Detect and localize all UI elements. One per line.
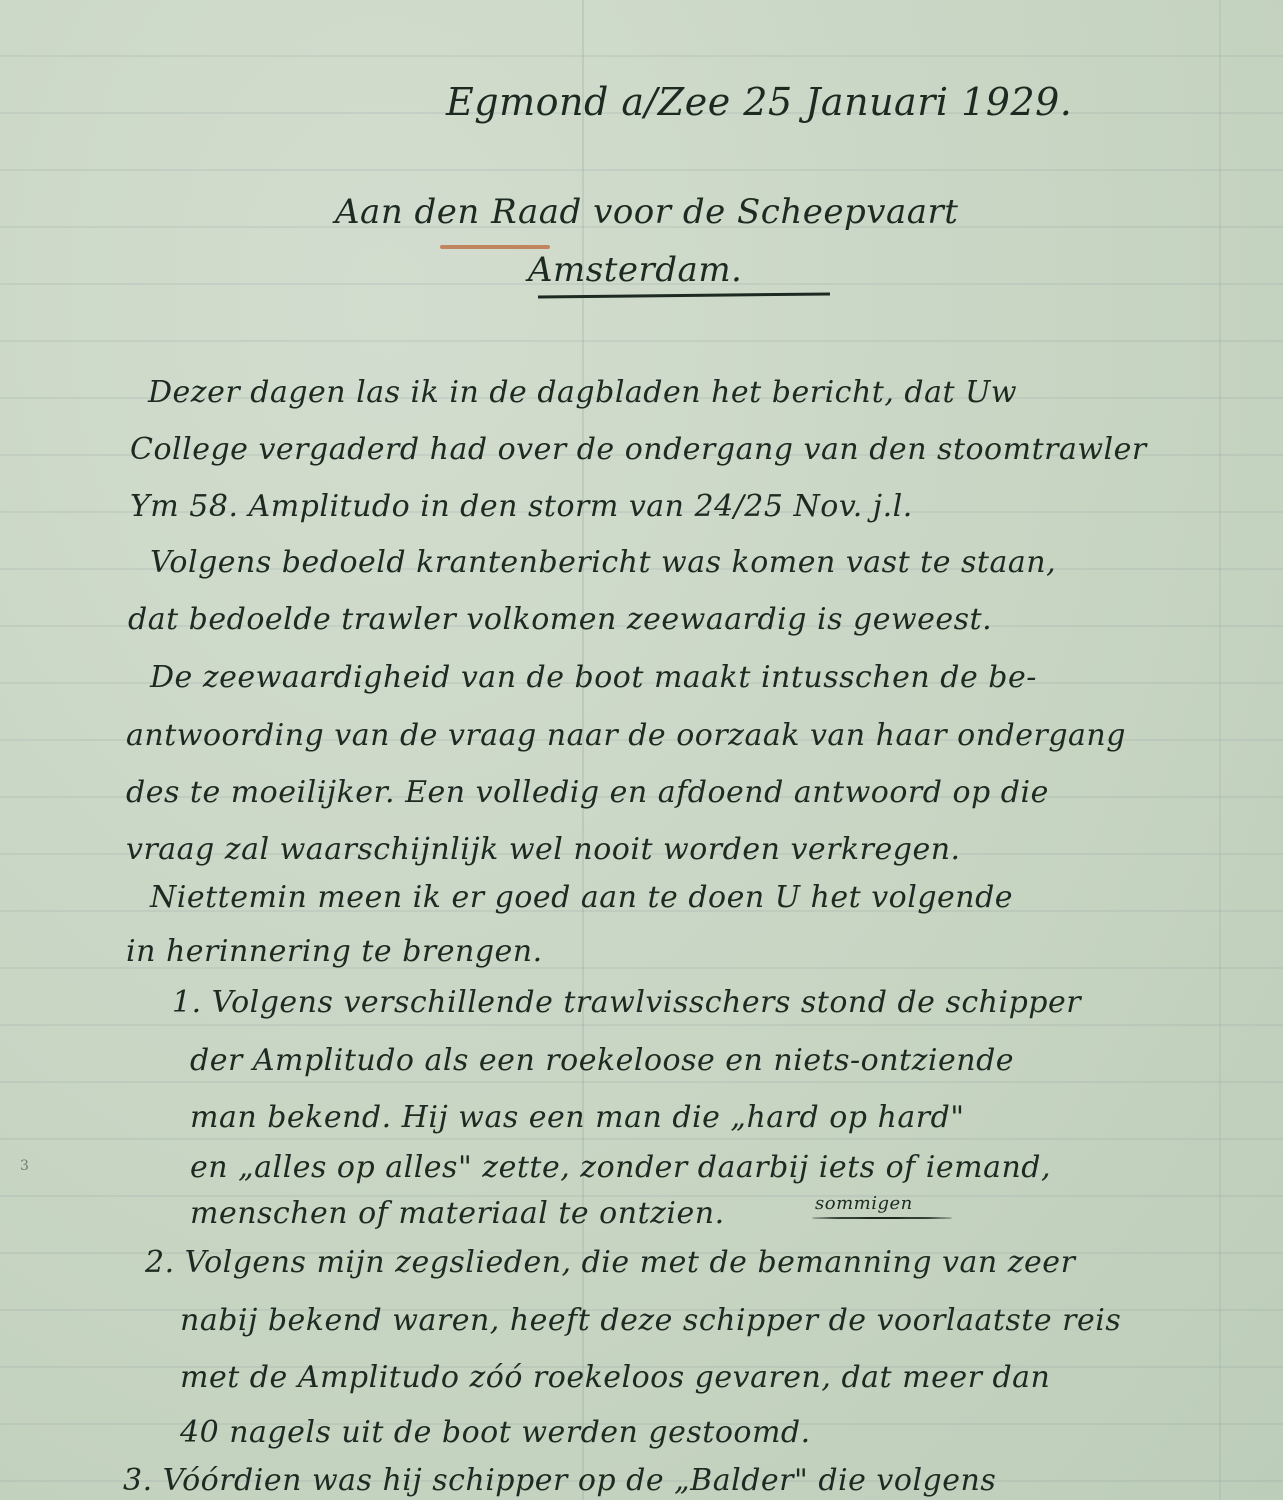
body-line: dat bedoelde trawler volkomen zeewaardig… <box>128 602 992 637</box>
numbered-item-1: 1. Volgens verschillende trawlvisschers … <box>172 985 1081 1020</box>
body-line: vraag zal waarschijnlijk wel nooit worde… <box>126 832 961 867</box>
dateline: Egmond a/Zee 25 Januari 1929. <box>446 80 1072 124</box>
body-line: in herinnering te brengen. <box>126 934 543 969</box>
right-margin-rule <box>1219 0 1221 1500</box>
body-line: De zeewaardigheid van de boot maakt intu… <box>150 660 1037 695</box>
addressee-line: Aan den Raad voor de Scheepvaart <box>335 192 958 232</box>
body-line: des te moeilijker. Een volledig en afdoe… <box>126 775 1049 810</box>
body-line: met de Amplitudo zóó roekeloos gevaren, … <box>180 1360 1050 1395</box>
body-line: nabij bekend waren, heeft deze schipper … <box>180 1303 1121 1338</box>
body-line: menschen of materiaal te ontzien. <box>190 1196 725 1231</box>
red-pencil-underline <box>440 245 550 249</box>
body-line: Volgens bedoeld krantenbericht was komen… <box>150 545 1056 580</box>
insertion-underline <box>812 1217 952 1219</box>
body-line: 40 nagels uit de boot werden gestoomd. <box>180 1415 811 1450</box>
body-line: Dezer dagen las ik in de dagbladen het b… <box>148 375 1017 410</box>
addressee-city: Amsterdam. <box>528 250 742 290</box>
body-line: man bekend. Hij was een man die „hard op… <box>190 1100 965 1135</box>
body-line: College vergaderd had over de ondergang … <box>130 432 1147 467</box>
body-line: Niettemin meen ik er goed aan te doen U … <box>150 880 1013 915</box>
numbered-item-2: 2. Volgens mijn zegslieden, die met de b… <box>145 1245 1075 1280</box>
interlinear-insertion: sommigen <box>815 1193 913 1214</box>
numbered-item-3: 3. Vóórdien was hij schipper op de „Bald… <box>123 1463 996 1498</box>
body-line: der Amplitudo als een roekeloose en niet… <box>190 1043 1014 1078</box>
body-line: Ym 58. Amplitudo in den storm van 24/25 … <box>130 489 913 524</box>
margin-mark: 3 <box>20 1158 29 1174</box>
body-line: en „alles op alles" zette, zonder daarbi… <box>190 1150 1051 1185</box>
body-line: antwoording van de vraag naar de oorzaak… <box>126 718 1126 753</box>
